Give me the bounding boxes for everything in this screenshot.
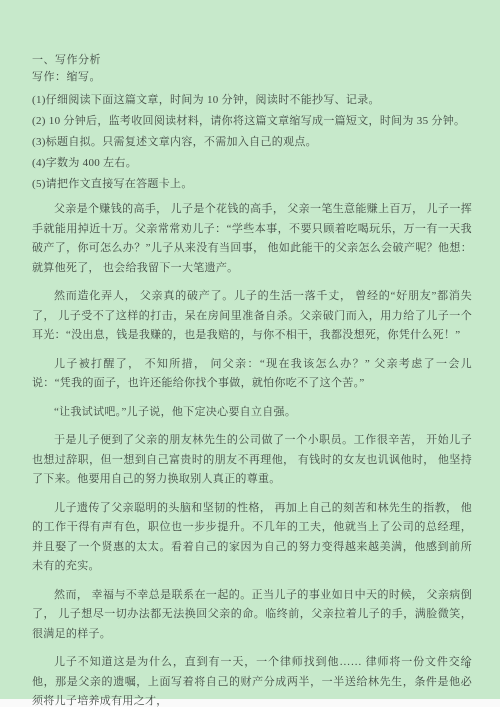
story-paragraph-2: 然而造化弄人， 父亲真的破产了。儿子的生活一落千丈， 曾经的“好朋友”都消失了，…: [32, 287, 472, 346]
instruction-list: (1)仔细阅读下面这篇文章，时间为 10 分钟，阅读时不能抄写、记录。 (2) …: [32, 90, 472, 195]
instruction-item-1: (1)仔细阅读下面这篇文章，时间为 10 分钟，阅读时不能抄写、记录。: [32, 90, 472, 111]
story-paragraph-6: 儿子遗传了父亲聪明的头脑和坚韧的性格， 再加上自己的刻苦和林先生的指教， 他的工…: [32, 499, 472, 577]
instruction-item-3: (3)标题自拟。只需复述文章内容，不需加入自己的观点。: [32, 132, 472, 153]
instruction-item-5: (5)请把作文直接写在答题卡上。: [32, 174, 472, 195]
instruction-item-4: (4)字数为 400 左右。: [32, 153, 472, 174]
page-number: 1: [465, 660, 470, 671]
document-page: 一、写作分析 写作：缩写。 (1)仔细阅读下面这篇文章，时间为 10 分钟，阅读…: [0, 0, 500, 699]
story-body: 父亲是个赚钱的高手， 儿子是个花钱的高手， 父亲一笔生意能赚上百万， 儿子一挥手…: [32, 200, 472, 707]
section-heading: 一、写作分析: [32, 52, 472, 69]
story-paragraph-4: “让我试试吧。”儿子说，他下定决心要自立自强。: [32, 403, 472, 423]
story-paragraph-8: 儿子不知道这是为什么，直到有一天，一个律师找到他…… 律师将一份文件交给他，那是…: [32, 653, 472, 707]
story-paragraph-3: 儿子被打醒了， 不知所措， 问父亲：“现在我该怎么办？” 父亲考虑了一会儿说：“…: [32, 355, 472, 394]
instruction-item-2: (2) 10 分钟后，监考收回阅读材料，请你将这篇文章缩写成一篇短文，时间为 3…: [32, 111, 472, 132]
story-paragraph-5: 于是儿子便到了父亲的朋友林先生的公司做了一个小职员。工作很辛苦， 开始儿子也想过…: [32, 431, 472, 490]
writing-type-label: 写作：缩写。: [32, 69, 472, 86]
document-content: 一、写作分析 写作：缩写。 (1)仔细阅读下面这篇文章，时间为 10 分钟，阅读…: [0, 0, 500, 707]
story-paragraph-7: 然而， 幸福与不幸总是联系在一起的。正当儿子的事业如日中天的时候， 父亲病倒了，…: [32, 586, 472, 645]
story-paragraph-1: 父亲是个赚钱的高手， 儿子是个花钱的高手， 父亲一笔生意能赚上百万， 儿子一挥手…: [32, 200, 472, 278]
